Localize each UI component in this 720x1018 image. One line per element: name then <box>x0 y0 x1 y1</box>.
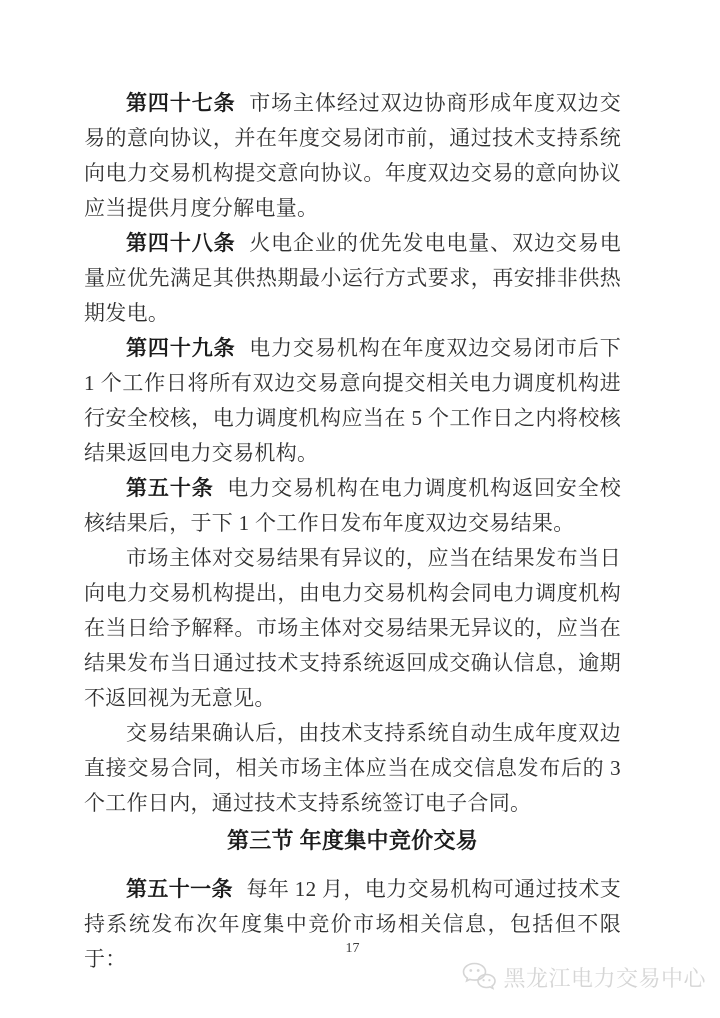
article-paragraph: 第四十八条火电企业的优先发电电量、双边交易电量应优先满足其供热期最小运行方式要求… <box>84 226 621 331</box>
page-number: 17 <box>84 941 621 957</box>
article-number-label: 第四十八条 <box>126 231 236 255</box>
article-paragraph: 第四十九条电力交易机构在年度双边交易闭市后下 1 个工作日将所有双边交易意向提交… <box>84 331 621 471</box>
body-paragraph: 市场主体对交易结果有异议的，应当在结果发布当日向电力交易机构提出，由电力交易机构… <box>84 541 621 716</box>
article-number-label: 第四十七条 <box>126 91 236 115</box>
paragraph-text: 市场主体对交易结果有异议的，应当在结果发布当日向电力交易机构提出，由电力交易机构… <box>84 546 621 710</box>
paragraph-text: 交易结果确认后，由技术支持系统自动生成年度双边直接交易合同，相关市场主体应当在成… <box>84 721 621 815</box>
article-number-label: 第五十一条 <box>126 877 233 901</box>
article-paragraph: 第四十七条市场主体经过双边协商形成年度双边交易的意向协议，并在年度交易闭市前，通… <box>84 86 621 226</box>
watermark-text: 黑龙江电力交易中心 <box>503 962 706 993</box>
article-paragraph: 第五十条电力交易机构在电力调度机构返回安全校核结果后，于下 1 个工作日发布年度… <box>84 471 621 541</box>
section-heading: 第三节 年度集中竞价交易 <box>84 823 621 858</box>
wechat-chat-bubbles-icon <box>460 960 498 994</box>
body-paragraph: 交易结果确认后，由技术支持系统自动生成年度双边直接交易合同，相关市场主体应当在成… <box>84 716 621 821</box>
article-number-label: 第五十条 <box>126 476 214 500</box>
article-number-label: 第四十九条 <box>126 336 236 360</box>
document-body: 第四十七条市场主体经过双边协商形成年度双边交易的意向协议，并在年度交易闭市前，通… <box>84 86 621 977</box>
document-page: 第四十七条市场主体经过双边协商形成年度双边交易的意向协议，并在年度交易闭市前，通… <box>0 0 720 1018</box>
watermark: 黑龙江电力交易中心 <box>460 960 706 994</box>
